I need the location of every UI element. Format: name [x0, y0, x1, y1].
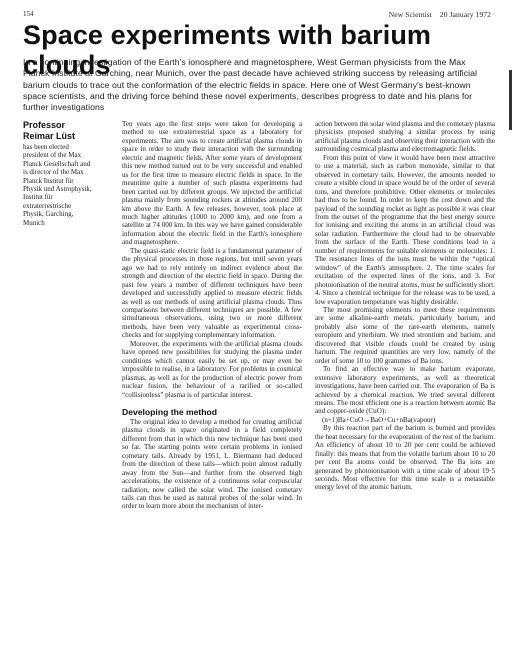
paragraph: Moreover, the experiments with the artif…: [122, 340, 302, 399]
issue-date: 20 January 1972: [440, 10, 491, 19]
author-bio: Professor Reimar Lüst has been elected p…: [23, 120, 93, 227]
magazine-page: 154 New Scientist 20 January 1972 Space …: [0, 0, 512, 668]
page-number: 154: [23, 10, 34, 18]
body-column-1: Ten years ago the first steps were taken…: [122, 120, 302, 511]
author-name: Professor Reimar Lüst: [23, 120, 93, 142]
author-title: Professor: [23, 120, 93, 131]
standfirst: In a continuing investigation of the Ear…: [23, 57, 483, 113]
body-column-2: action between the solar wind plasma and…: [315, 120, 495, 492]
author-fullname: Reimar Lüst: [23, 131, 93, 142]
paragraph: From this point of view it would have be…: [315, 154, 495, 306]
chemical-equation: (n+1)Ba+CuO→BaO+Cu+nBa(vapour): [315, 416, 495, 424]
paragraph: To find an effective way to make barium …: [315, 365, 495, 416]
running-head: New Scientist 20 January 1972: [389, 10, 491, 19]
paragraph: action between the solar wind plasma and…: [315, 120, 495, 154]
author-bio-text: has been elected president of the Max Pl…: [23, 143, 93, 227]
publication-name: New Scientist: [389, 10, 432, 19]
paragraph: By this reaction part of the barium is b…: [315, 424, 495, 492]
paragraph: The original idea to develop a method fo…: [122, 418, 302, 511]
section-heading: Developing the method: [122, 407, 302, 417]
paragraph: The quasi-static electric field is a fun…: [122, 247, 302, 340]
paragraph: The most promising elements to meet thes…: [315, 306, 495, 365]
paragraph: Ten years ago the first steps were taken…: [122, 120, 302, 247]
